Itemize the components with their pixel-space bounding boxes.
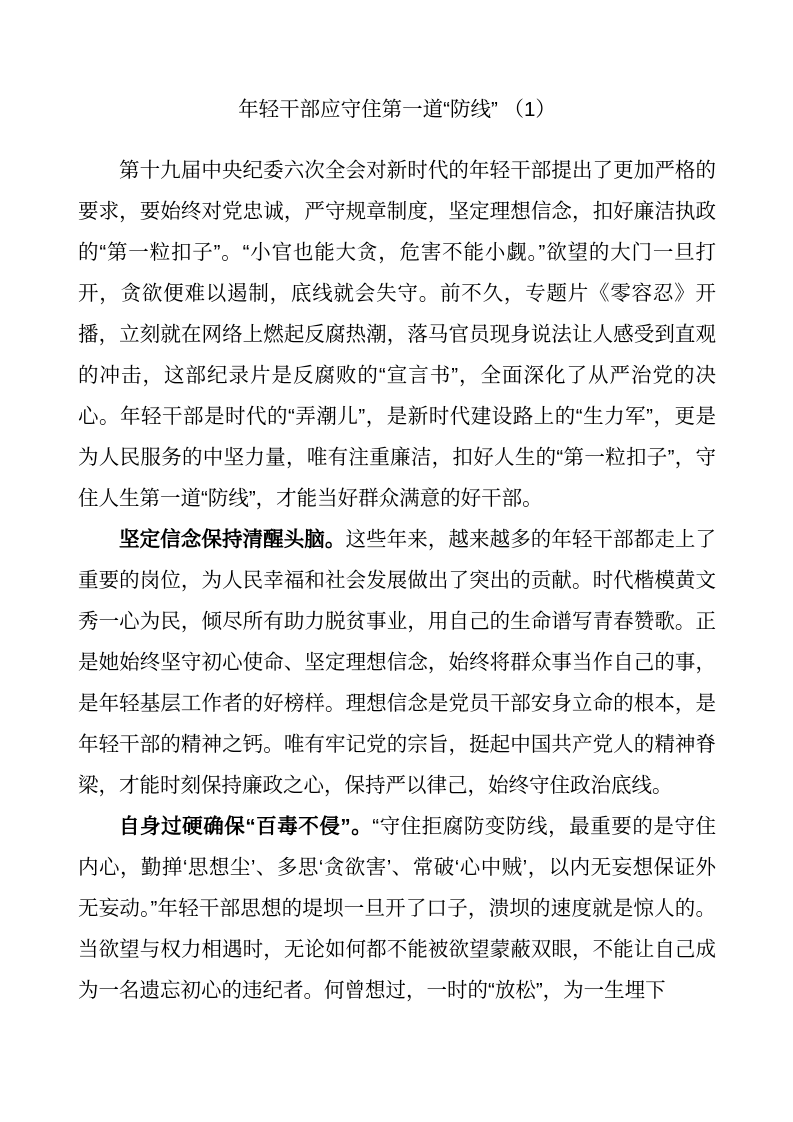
paragraph-1-text: 第十九届中央纪委六次全会对新时代的年轻干部提出了更加严格的要求，要始终对党忠诚，… bbox=[78, 159, 716, 510]
paragraph-3-lead: 自身过硬确保“百毒不侵”。 bbox=[119, 815, 372, 838]
document-title: 年轻干部应守住第一道“防线” （1） bbox=[78, 90, 716, 130]
paragraph-3: 自身过硬确保“百毒不侵”。“守住拒腐防变防线，最重要的是守住内心，勤掸‘思想尘’… bbox=[78, 806, 716, 1011]
paragraph-2-text: 这些年来，越来越多的年轻干部都走上了重要的岗位，为人民幸福和社会发展做出了突出的… bbox=[78, 528, 716, 797]
paragraph-2: 坚定信念保持清醒头脑。这些年来，越来越多的年轻干部都走上了重要的岗位，为人民幸福… bbox=[78, 519, 716, 806]
paragraph-1: 第十九届中央纪委六次全会对新时代的年轻干部提出了更加严格的要求，要始终对党忠诚，… bbox=[78, 150, 716, 519]
paragraph-3-text: “守住拒腐防变防线，最重要的是守住内心，勤掸‘思想尘’、多思‘贪欲害’、常破‘心… bbox=[78, 815, 716, 1002]
paragraph-2-lead: 坚定信念保持清醒头脑。 bbox=[119, 528, 345, 551]
document-page: 年轻干部应守住第一道“防线” （1） 第十九届中央纪委六次全会对新时代的年轻干部… bbox=[0, 0, 793, 1122]
